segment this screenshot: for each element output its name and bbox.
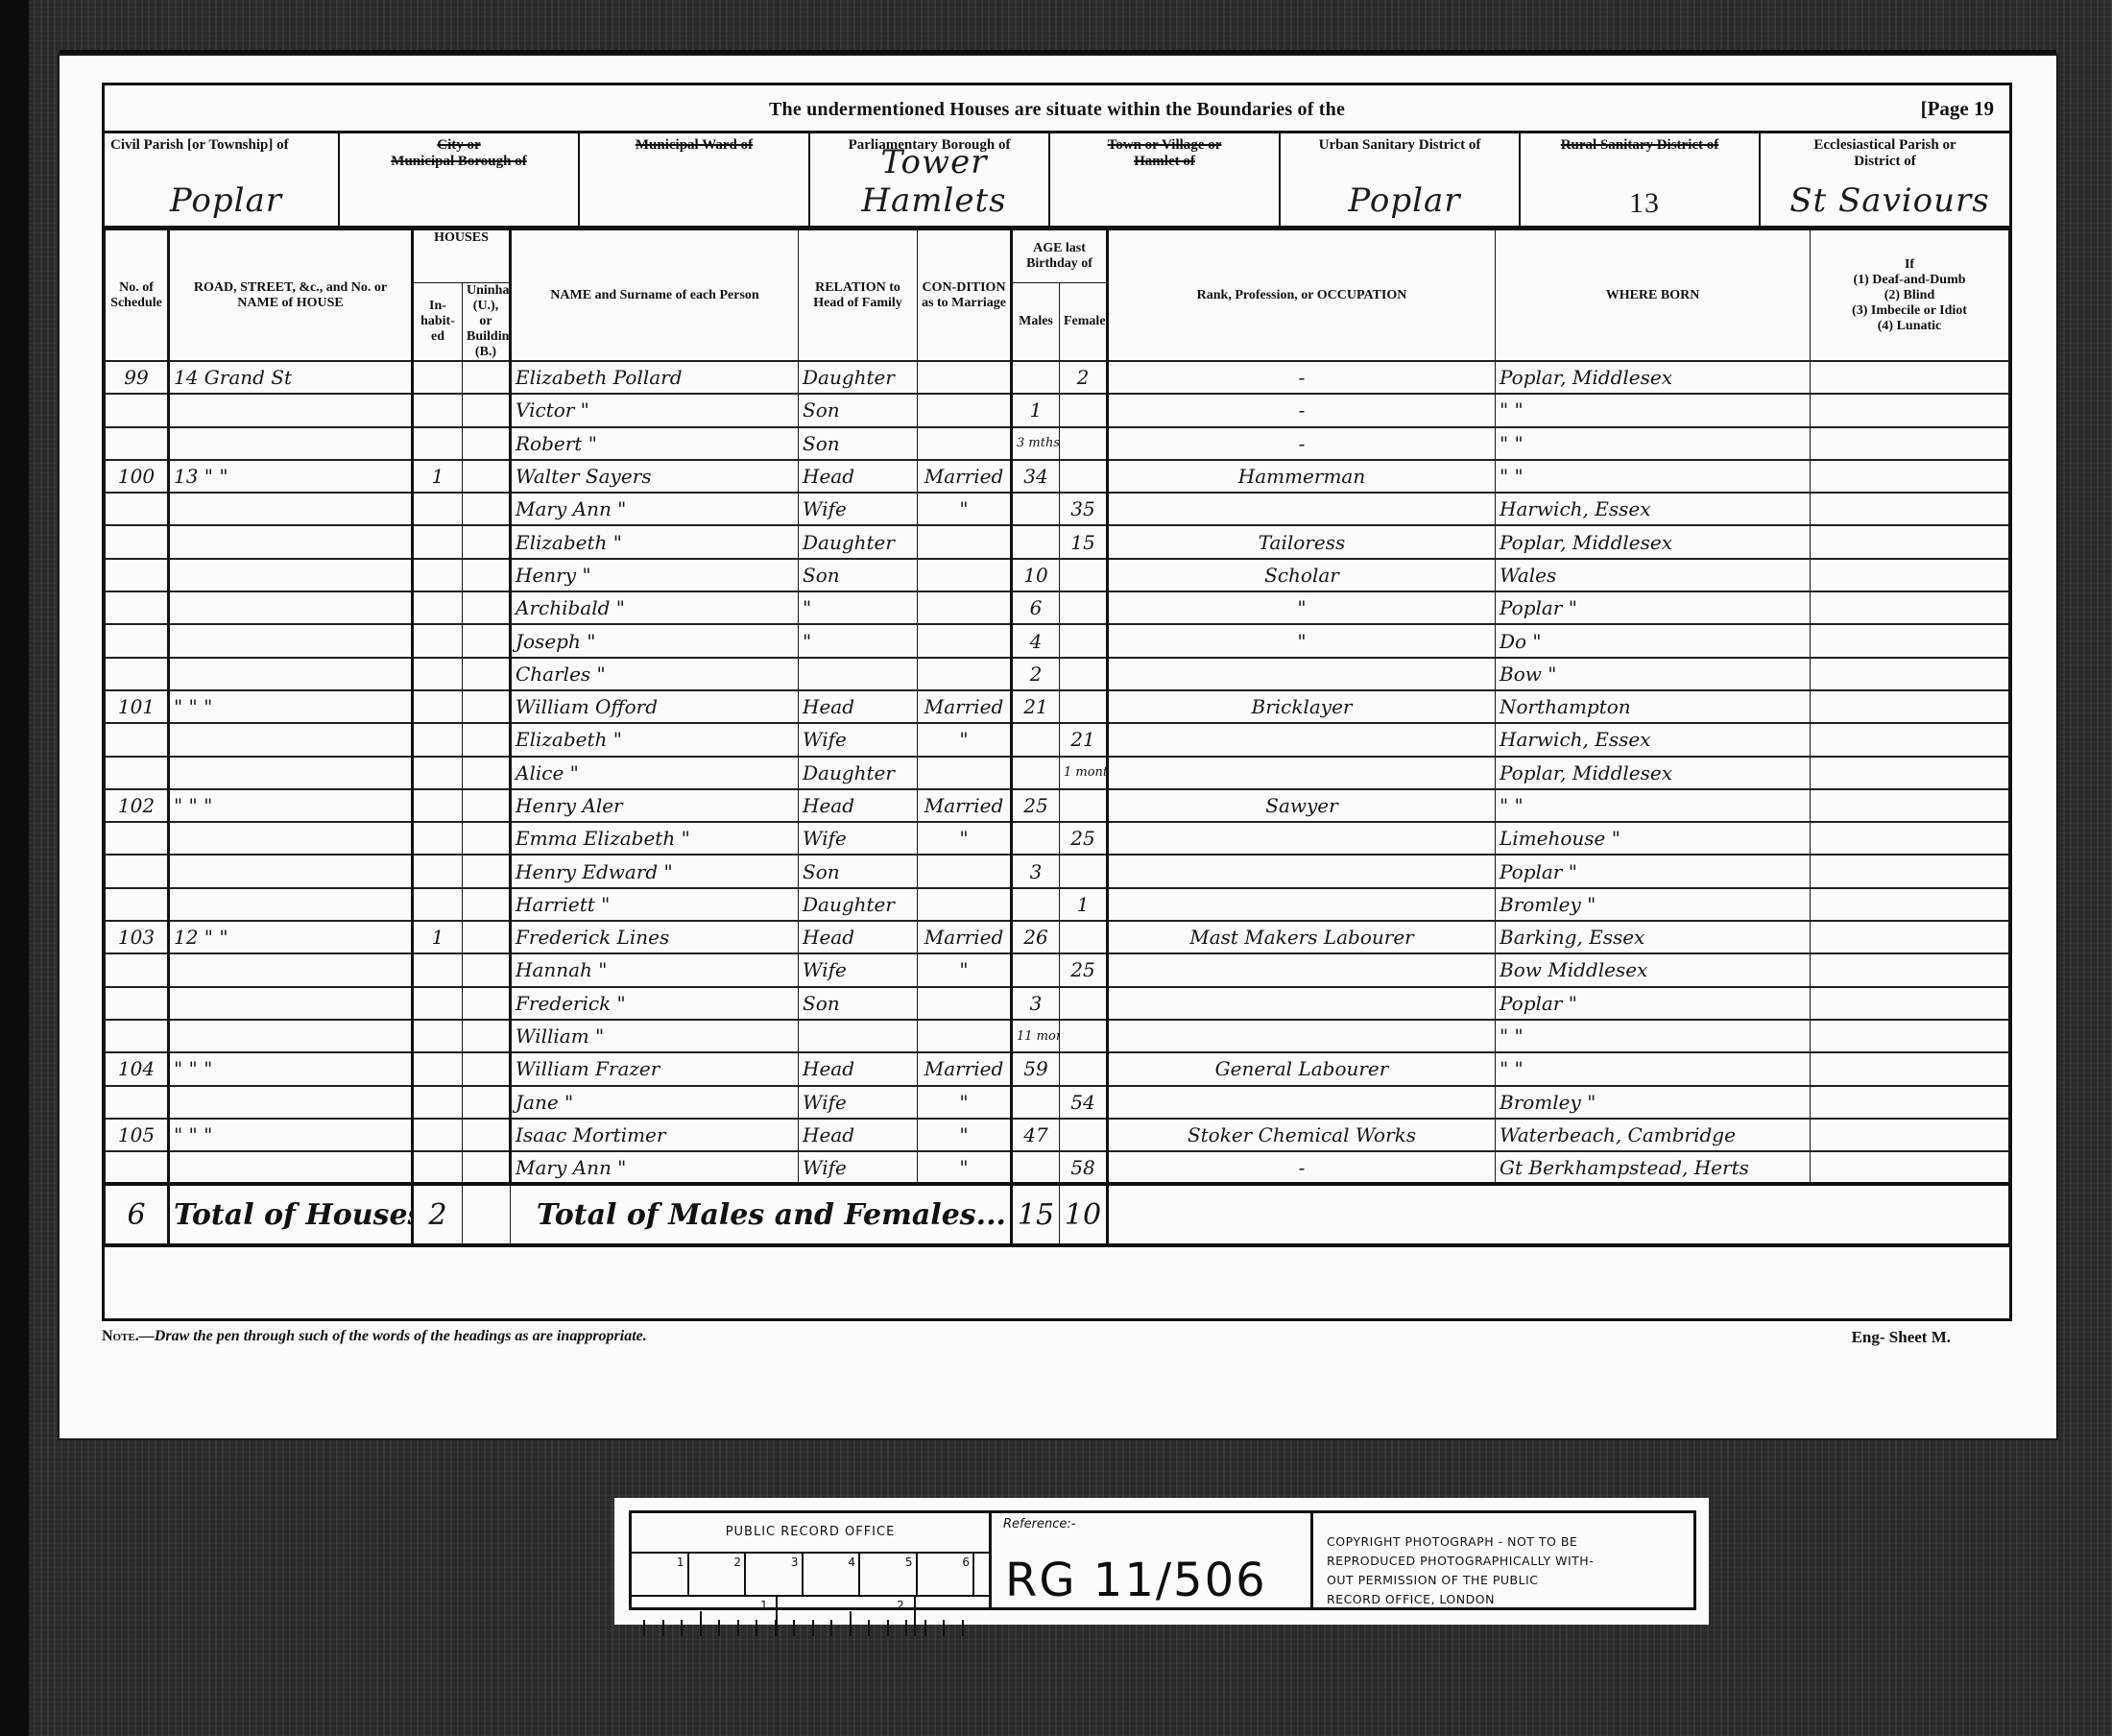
person-name: Henry "	[511, 559, 799, 591]
occupation: Stoker Chemical Works	[1108, 1119, 1496, 1151]
houses-uninhabited	[463, 757, 511, 789]
road-address	[169, 591, 413, 624]
col-road: ROAD, STREET, &c., and No. or NAME of HO…	[169, 230, 413, 362]
ecclesiastical-parish-label: Ecclesiastical Parish or	[1766, 137, 2004, 154]
schedule-no: 99	[106, 361, 169, 394]
houses-inhabited	[413, 1020, 463, 1052]
infirmity	[1811, 361, 2009, 394]
male-age	[1012, 361, 1060, 394]
infirmity-4: (4) Lunatic	[1814, 319, 2004, 334]
occupation: -	[1108, 427, 1496, 460]
where-born: Do "	[1496, 624, 1811, 657]
male-age	[1012, 888, 1060, 921]
urban-sanitary-label: Urban Sanitary District of	[1286, 137, 1513, 154]
col-condition: CON-DITION as to Marriage	[918, 230, 1012, 362]
houses-inhabited	[413, 591, 463, 624]
male-age: 2	[1012, 658, 1060, 690]
col-infirmity: If (1) Deaf-and-Dumb (2) Blind (3) Imbec…	[1811, 230, 2009, 362]
city-label: City or	[346, 137, 572, 154]
road-address	[169, 953, 413, 986]
occupation: Hammerman	[1108, 460, 1496, 493]
infirmity	[1811, 757, 2009, 789]
houses-uninhabited	[463, 921, 511, 953]
marital-condition: "	[918, 953, 1012, 986]
col-name: NAME and Surname of each Person	[511, 230, 799, 362]
infirmity	[1811, 394, 2009, 426]
road-address: 14 Grand St	[169, 361, 413, 394]
schedule-no: 102	[106, 789, 169, 822]
houses-inhabited	[413, 394, 463, 426]
marital-condition: Married	[918, 1052, 1012, 1085]
total-schedules: 6	[106, 1184, 169, 1245]
occupation: Sawyer	[1108, 789, 1496, 822]
where-born: Poplar, Middlesex	[1496, 361, 1811, 394]
houses-uninhabited	[463, 624, 511, 657]
houses-uninhabited	[463, 427, 511, 460]
schedule-no	[106, 525, 169, 558]
person-name: Robert "	[511, 427, 799, 460]
where-born: " "	[1496, 460, 1811, 493]
houses-inhabited	[413, 1151, 463, 1184]
ruler-tick	[905, 1620, 907, 1636]
ruler-tick	[887, 1620, 889, 1636]
marital-condition: "	[918, 493, 1012, 525]
infirmity	[1811, 658, 2009, 690]
infirmity	[1811, 888, 2009, 921]
houses-uninhabited	[463, 1119, 511, 1151]
occupation: Tailoress	[1108, 525, 1496, 558]
title-row: The undermentioned Houses are situate wi…	[105, 85, 2009, 133]
ruler-tick	[924, 1620, 926, 1636]
person-name: Elizabeth "	[511, 723, 799, 756]
table-row: 102" " "Henry AlerHeadMarried25Sawyer" "	[106, 789, 2009, 822]
female-age	[1060, 1052, 1108, 1085]
marital-condition	[918, 559, 1012, 591]
male-age: 34	[1012, 460, 1060, 493]
schedule-no	[106, 822, 169, 855]
houses-uninhabited	[463, 658, 511, 690]
road-address: " " "	[169, 690, 413, 723]
houses-uninhabited	[463, 789, 511, 822]
table-row: Charles "2Bow "	[106, 658, 2009, 690]
census-page: The undermentioned Houses are situate wi…	[60, 56, 2056, 1438]
ruler-tick	[643, 1620, 645, 1636]
hamlet-label: Hamlet of	[1056, 154, 1273, 170]
relation: Head	[799, 921, 918, 953]
houses-inhabited	[413, 888, 463, 921]
male-age: 25	[1012, 789, 1060, 822]
male-age: 11 months	[1012, 1020, 1060, 1052]
male-age: 59	[1012, 1052, 1060, 1085]
person-name: Mary Ann "	[511, 493, 799, 525]
houses-uninhabited	[463, 559, 511, 591]
houses-uninhabited	[463, 1052, 511, 1085]
col-where-born: WHERE BORN	[1496, 230, 1811, 362]
houses-uninhabited	[463, 987, 511, 1020]
houses-inhabited	[413, 1119, 463, 1151]
census-form: The undermentioned Houses are situate wi…	[102, 83, 2012, 1321]
marital-condition	[918, 591, 1012, 624]
female-age: 2	[1060, 361, 1108, 394]
road-address: 13 " "	[169, 460, 413, 493]
infirmity	[1811, 460, 2009, 493]
person-name: Isaac Mortimer	[511, 1119, 799, 1151]
schedule-no	[106, 953, 169, 986]
houses-inhabited	[413, 757, 463, 789]
cm-mark: 5	[860, 1554, 918, 1595]
where-born: " "	[1496, 1052, 1811, 1085]
schedule-no	[106, 394, 169, 426]
total-houses-label: Total of Houses...	[169, 1184, 413, 1245]
occupation	[1108, 1086, 1496, 1119]
female-age: 54	[1060, 1086, 1108, 1119]
road-address	[169, 855, 413, 887]
marital-condition	[918, 361, 1012, 394]
infirmity-if: If	[1814, 257, 2004, 273]
col-houses: HOUSES	[413, 230, 511, 283]
ruler-tick	[793, 1620, 795, 1636]
cm-mark: 1	[632, 1554, 689, 1595]
where-born: Limehouse "	[1496, 822, 1811, 855]
occupation	[1108, 757, 1496, 789]
table-row: 104" " "William FrazerHeadMarried59Gener…	[106, 1052, 2009, 1085]
relation: "	[799, 624, 918, 657]
where-born: Northampton	[1496, 690, 1811, 723]
person-name: William "	[511, 1020, 799, 1052]
infirmity	[1811, 1086, 2009, 1119]
houses-uninhabited	[463, 1151, 511, 1184]
col-relation: RELATION to Head of Family	[799, 230, 918, 362]
relation: Son	[799, 855, 918, 887]
ruler-tick	[681, 1620, 683, 1636]
female-age: 35	[1060, 493, 1108, 525]
table-row: Jane "Wife"54Bromley "	[106, 1086, 2009, 1119]
where-born: Poplar "	[1496, 591, 1811, 624]
relation: Daughter	[799, 757, 918, 789]
table-row: Archibald ""6"Poplar "	[106, 591, 2009, 624]
table-row: Hannah "Wife"25Bow Middlesex	[106, 953, 2009, 986]
houses-uninhabited	[463, 888, 511, 921]
ruler-tick	[756, 1620, 757, 1636]
table-row: Mary Ann "Wife"35Harwich, Essex	[106, 493, 2009, 525]
female-age	[1060, 921, 1108, 953]
where-born: " "	[1496, 427, 1811, 460]
female-age	[1060, 690, 1108, 723]
where-born: Harwich, Essex	[1496, 493, 1811, 525]
person-name: Henry Aler	[511, 789, 799, 822]
infirmity	[1811, 822, 2009, 855]
houses-uninhabited	[463, 591, 511, 624]
road-address	[169, 559, 413, 591]
total-females: 10	[1060, 1184, 1108, 1245]
male-age: 21	[1012, 690, 1060, 723]
male-age	[1012, 757, 1060, 789]
schedule-no: 100	[106, 460, 169, 493]
table-row: 10312 " "1Frederick LinesHeadMarried26Ma…	[106, 921, 2009, 953]
houses-inhabited	[413, 427, 463, 460]
page-title: The undermentioned Houses are situate wi…	[105, 99, 2009, 121]
schedule-no	[106, 757, 169, 789]
female-age	[1060, 624, 1108, 657]
infirmity-2: (2) Blind	[1814, 288, 2004, 303]
schedule-no	[106, 559, 169, 591]
road-address	[169, 658, 413, 690]
census-table: No. of Schedule ROAD, STREET, &c., and N…	[105, 229, 2009, 1247]
infirmity	[1811, 1151, 2009, 1184]
person-name: Alice "	[511, 757, 799, 789]
relation	[799, 658, 918, 690]
female-age	[1060, 1119, 1108, 1151]
inch-scale: 1 2	[632, 1597, 989, 1636]
person-name: Hannah "	[511, 953, 799, 986]
relation: Son	[799, 394, 918, 426]
occupation	[1108, 888, 1496, 921]
total-houses-uninhabited	[463, 1184, 511, 1245]
schedule-no	[106, 888, 169, 921]
col-inhabited: In-habit-ed	[413, 283, 463, 362]
female-age: 1	[1060, 888, 1108, 921]
relation: Daughter	[799, 361, 918, 394]
marital-condition	[918, 525, 1012, 558]
person-name: Elizabeth "	[511, 525, 799, 558]
person-name: Victor "	[511, 394, 799, 426]
infirmity	[1811, 559, 2009, 591]
houses-inhabited	[413, 723, 463, 756]
houses-uninhabited	[463, 1086, 511, 1119]
female-age	[1060, 427, 1108, 460]
female-age: 25	[1060, 953, 1108, 986]
rural-sanitary-cell: Rural Sanitary District of 13	[1521, 133, 1761, 226]
houses-inhabited	[413, 493, 463, 525]
table-row: Frederick "Son3Poplar "	[106, 987, 2009, 1020]
female-age	[1060, 987, 1108, 1020]
occupation	[1108, 1020, 1496, 1052]
ecclesiastical-district-label: District of	[1766, 154, 2004, 170]
male-age	[1012, 1086, 1060, 1119]
ruler-tick	[830, 1620, 832, 1636]
where-born: " "	[1496, 789, 1811, 822]
where-born: Bow "	[1496, 658, 1811, 690]
parliamentary-borough-cell: Parliamentary Borough of Tower Hamlets	[810, 133, 1050, 226]
table-row: Henry "Son10ScholarWales	[106, 559, 2009, 591]
marital-condition	[918, 658, 1012, 690]
rural-sanitary-value: 13	[1536, 187, 1753, 220]
infirmity	[1811, 1052, 2009, 1085]
infirmity	[1811, 525, 2009, 558]
road-address	[169, 1151, 413, 1184]
ruler-tick	[700, 1611, 702, 1636]
ecclesiastical-parish-value: St Saviours	[1776, 181, 2004, 220]
occupation	[1108, 855, 1496, 887]
occupation: General Labourer	[1108, 1052, 1496, 1085]
relation: Wife	[799, 1086, 918, 1119]
cm-mark: 2	[689, 1554, 747, 1595]
where-born: Barking, Essex	[1496, 921, 1811, 953]
ruler-tick	[718, 1620, 720, 1636]
schedule-no: 105	[106, 1119, 169, 1151]
archive-label: PUBLIC RECORD OFFICE 1 2 3 4 5 6 1 2 Ref…	[614, 1498, 1709, 1625]
marital-condition	[918, 888, 1012, 921]
houses-uninhabited	[463, 822, 511, 855]
male-age: 1	[1012, 394, 1060, 426]
houses-inhabited: 1	[413, 460, 463, 493]
houses-inhabited	[413, 1052, 463, 1085]
inch-mark: 2	[897, 1599, 904, 1612]
table-row: Mary Ann "Wife"58-Gt Berkhampstead, Hert…	[106, 1151, 2009, 1184]
occupation: Bricklayer	[1108, 690, 1496, 723]
infirmity	[1811, 855, 2009, 887]
schedule-no: 104	[106, 1052, 169, 1085]
person-name: Elizabeth Pollard	[511, 361, 799, 394]
relation: Daughter	[799, 525, 918, 558]
marital-condition	[918, 624, 1012, 657]
cm-mark: 6	[918, 1554, 975, 1595]
infirmity	[1811, 493, 2009, 525]
marital-condition	[918, 757, 1012, 789]
ruler-tick	[962, 1620, 964, 1636]
houses-inhabited	[413, 1086, 463, 1119]
female-age: 58	[1060, 1151, 1108, 1184]
table-row: 10013 " "1Walter SayersHeadMarried34Hamm…	[106, 460, 2009, 493]
relation: Head	[799, 789, 918, 822]
marital-condition: Married	[918, 690, 1012, 723]
schedule-no	[106, 1086, 169, 1119]
road-address	[169, 1020, 413, 1052]
road-address: 12 " "	[169, 921, 413, 953]
reference-value: RG 11/506	[1005, 1554, 1267, 1607]
houses-inhabited	[413, 855, 463, 887]
female-age: 25	[1060, 822, 1108, 855]
marital-condition: Married	[918, 789, 1012, 822]
houses-inhabited	[413, 361, 463, 394]
male-age: 4	[1012, 624, 1060, 657]
houses-uninhabited	[463, 361, 511, 394]
relation: Head	[799, 690, 918, 723]
male-age: 6	[1012, 591, 1060, 624]
person-name: Harriett "	[511, 888, 799, 921]
cm-end	[974, 1554, 989, 1595]
relation: Wife	[799, 1151, 918, 1184]
note-text: —Draw the pen through such of the words …	[139, 1328, 647, 1344]
table-row: Elizabeth "Wife"21Harwich, Essex	[106, 723, 2009, 756]
record-office-title: PUBLIC RECORD OFFICE	[632, 1513, 989, 1554]
ruler-tick	[850, 1611, 852, 1636]
male-age: 3	[1012, 987, 1060, 1020]
male-age	[1012, 525, 1060, 558]
schedule-no	[106, 723, 169, 756]
person-name: Frederick Lines	[511, 921, 799, 953]
houses-uninhabited	[463, 1020, 511, 1052]
civil-parish-value: Poplar	[120, 181, 332, 220]
where-born: Bromley "	[1496, 1086, 1811, 1119]
male-age	[1012, 1151, 1060, 1184]
occupation	[1108, 953, 1496, 986]
person-name: Jane "	[511, 1086, 799, 1119]
cm-scale: 1 2 3 4 5 6	[632, 1554, 989, 1597]
marital-condition: Married	[918, 921, 1012, 953]
where-born: Gt Berkhampstead, Herts	[1496, 1151, 1811, 1184]
total-persons-label: Total of Males and Females...	[511, 1184, 1012, 1245]
houses-uninhabited	[463, 394, 511, 426]
female-age	[1060, 658, 1108, 690]
schedule-no	[106, 1020, 169, 1052]
totals-row: 6 Total of Houses... 2 Total of Males an…	[106, 1184, 2009, 1245]
houses-inhabited	[413, 953, 463, 986]
table-row: Emma Elizabeth "Wife"25Limehouse "	[106, 822, 2009, 855]
houses-uninhabited	[463, 953, 511, 986]
where-born: Poplar "	[1496, 987, 1811, 1020]
marital-condition	[918, 855, 1012, 887]
person-name: Emma Elizabeth "	[511, 822, 799, 855]
relation: "	[799, 591, 918, 624]
road-address	[169, 822, 413, 855]
person-name: Archibald "	[511, 591, 799, 624]
houses-inhabited: 1	[413, 921, 463, 953]
houses-uninhabited	[463, 690, 511, 723]
female-age	[1060, 591, 1108, 624]
where-born: Poplar, Middlesex	[1496, 757, 1811, 789]
occupation: "	[1108, 591, 1496, 624]
total-males: 15	[1012, 1184, 1060, 1245]
page-number: [Page 19	[1921, 97, 1994, 121]
relation: Wife	[799, 953, 918, 986]
ruler-tick	[868, 1620, 870, 1636]
sheet-id: Eng- Sheet M.	[1852, 1328, 1951, 1347]
copyright-notice: COPYRIGHT PHOTOGRAPH - NOT TO BE REPRODU…	[1327, 1532, 1615, 1609]
where-born: Harwich, Essex	[1496, 723, 1811, 756]
person-name: William Frazer	[511, 1052, 799, 1085]
scan-edge	[0, 0, 29, 1736]
schedule-no	[106, 591, 169, 624]
schedule-no	[106, 1151, 169, 1184]
infirmity-3: (3) Imbecile or Idiot	[1814, 303, 2004, 319]
occupation	[1108, 658, 1496, 690]
infirmity	[1811, 690, 2009, 723]
road-address	[169, 757, 413, 789]
ruler-tick	[737, 1620, 739, 1636]
town-village-cell: Town or Village or Hamlet of	[1050, 133, 1281, 226]
occupation	[1108, 493, 1496, 525]
male-age	[1012, 723, 1060, 756]
road-address: " " "	[169, 789, 413, 822]
occupation	[1108, 987, 1496, 1020]
male-age: 3	[1012, 855, 1060, 887]
female-age: 1 months	[1060, 757, 1108, 789]
archive-label-frame: PUBLIC RECORD OFFICE 1 2 3 4 5 6 1 2 Ref…	[629, 1510, 1696, 1610]
road-address	[169, 1086, 413, 1119]
marital-condition: "	[918, 1151, 1012, 1184]
road-address	[169, 525, 413, 558]
ruler-tick	[943, 1620, 945, 1636]
table-row: Joseph ""4"Do "	[106, 624, 2009, 657]
occupation: -	[1108, 361, 1496, 394]
schedule-no: 101	[106, 690, 169, 723]
infirmity	[1811, 921, 2009, 953]
inch-divider	[914, 1597, 916, 1636]
male-age: 3 mths	[1012, 427, 1060, 460]
where-born: " "	[1496, 1020, 1811, 1052]
totals-blank	[1108, 1184, 2009, 1245]
civil-parish-label: Civil Parish [or Township] of	[110, 137, 332, 154]
urban-sanitary-cell: Urban Sanitary District of Poplar	[1281, 133, 1521, 226]
houses-inhabited	[413, 624, 463, 657]
houses-inhabited	[413, 822, 463, 855]
marital-condition: Married	[918, 460, 1012, 493]
infirmity	[1811, 1020, 2009, 1052]
col-females: Females	[1060, 283, 1108, 362]
reference-box: Reference:- RG 11/506	[992, 1513, 1313, 1607]
relation	[799, 1020, 918, 1052]
